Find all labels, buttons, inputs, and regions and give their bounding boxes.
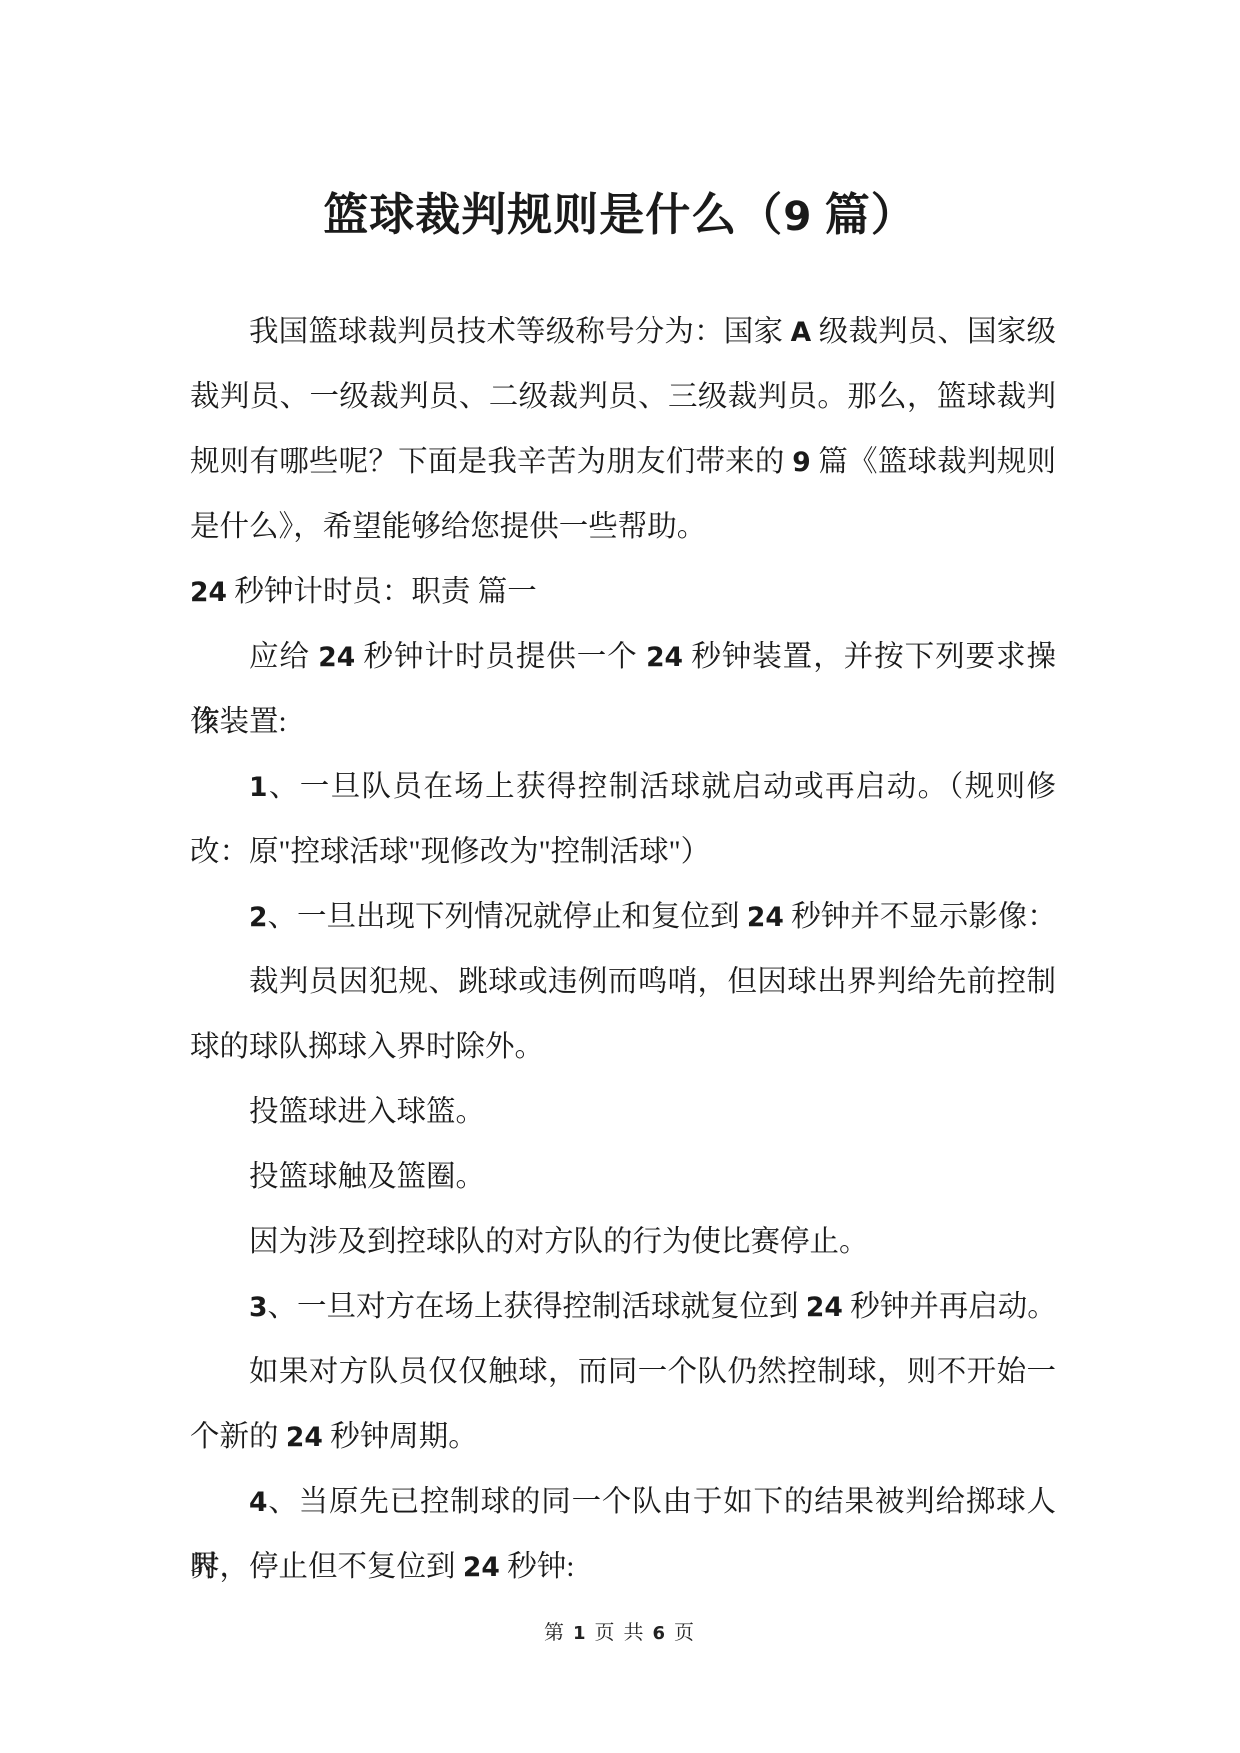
text-line: 该装置: (190, 690, 1056, 755)
text-line: 4、当原先已控制球的同一个队由于如下的结果被判给掷球人界 (190, 1470, 1056, 1535)
text-line: 时，停止但不复位到 24 秒钟: (190, 1535, 1056, 1600)
text-line: 应给 24 秒钟计时员提供一个 24 秒钟装置，并按下列要求操作 (190, 625, 1056, 690)
document-page: 篮球裁判规则是什么（9 篇） 我国篮球裁判员技术等级称号分为：国家 A 级裁判员… (0, 0, 1240, 1753)
text-line: 我国篮球裁判员技术等级称号分为：国家 A 级裁判员、国家级 (190, 300, 1056, 365)
document-title: 篮球裁判规则是什么（9 篇） (0, 186, 1240, 245)
text-line: 2、一旦出现下列情况就停止和复位到 24 秒钟并不显示影像： (190, 885, 1056, 950)
text-line: 投篮球进入球篮。 (190, 1080, 1056, 1145)
text-line: 球的球队掷球入界时除外。 (190, 1015, 1056, 1080)
text-line: 1、一旦队员在场上获得控制活球就启动或再启动。（规则修 (190, 755, 1056, 820)
text-line: 裁判员、一级裁判员、二级裁判员、三级裁判员。那么，篮球裁判 (190, 365, 1056, 430)
text-line: 改：原"控球活球"现修改为"控制活球"） (190, 820, 1056, 885)
text-line: 个新的 24 秒钟周期。 (190, 1405, 1056, 1470)
text-line: 24 秒钟计时员：职责 篇一 (190, 560, 1056, 625)
page-number-footer: 第 1 页 共 6 页 (0, 1618, 1240, 1649)
document-body: 我国篮球裁判员技术等级称号分为：国家 A 级裁判员、国家级裁判员、一级裁判员、二… (190, 300, 1056, 1600)
text-line: 规则有哪些呢？下面是我辛苦为朋友们带来的 9 篇《篮球裁判规则 (190, 430, 1056, 495)
text-line: 3、一旦对方在场上获得控制活球就复位到 24 秒钟并再启动。 (190, 1275, 1056, 1340)
text-line: 投篮球触及篮圈。 (190, 1145, 1056, 1210)
text-line: 如果对方队员仅仅触球，而同一个队仍然控制球，则不开始一 (190, 1340, 1056, 1405)
text-line: 因为涉及到控球队的对方队的行为使比赛停止。 (190, 1210, 1056, 1275)
text-line: 裁判员因犯规、跳球或违例而鸣哨，但因球出界判给先前控制 (190, 950, 1056, 1015)
text-line: 是什么》，希望能够给您提供一些帮助。 (190, 495, 1056, 560)
